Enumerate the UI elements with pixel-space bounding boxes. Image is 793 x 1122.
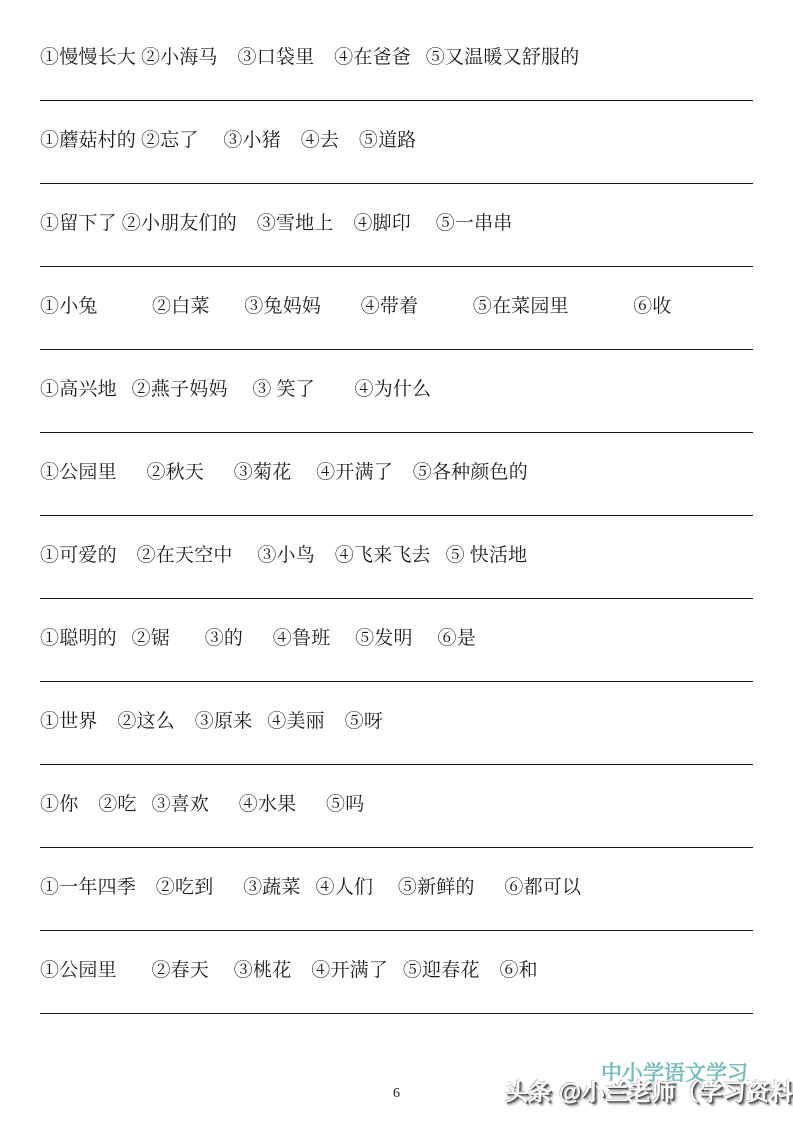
exercise-row: ①聪明的 ②锯 ③的 ④鲁班 ⑤发明 ⑥是 — [40, 627, 753, 682]
exercise-row: ①公园里 ②春天 ③桃花 ④开满了 ⑤迎春花 ⑥和 — [40, 959, 753, 1014]
answer-line — [40, 432, 753, 433]
answer-line — [40, 1013, 753, 1014]
word-group: ①慢慢长大 ②小海马 ③口袋里 ④在爸爸 ⑤又温暖又舒服的 — [40, 46, 753, 69]
exercise-row: ①小兔 ②白菜 ③兔妈妈 ④带着 ⑤在菜园里 ⑥收 — [40, 295, 753, 350]
word-group: ①世界 ②这么 ③原来 ④美丽 ⑤呀 — [40, 710, 753, 733]
exercise-row: ①世界 ②这么 ③原来 ④美丽 ⑤呀 — [40, 710, 753, 765]
answer-line — [40, 515, 753, 516]
word-group: ①你 ②吃 ③喜欢 ④水果 ⑤吗 — [40, 793, 753, 816]
word-group: ①小兔 ②白菜 ③兔妈妈 ④带着 ⑤在菜园里 ⑥收 — [40, 295, 753, 318]
exercise-row: ①慢慢长大 ②小海马 ③口袋里 ④在爸爸 ⑤又温暖又舒服的 — [40, 46, 753, 101]
exercise-row: ①公园里 ②秋天 ③菊花 ④开满了 ⑤各种颜色的 — [40, 461, 753, 516]
word-group: ①一年四季 ②吃到 ③蔬菜 ④人们 ⑤新鲜的 ⑥都可以 — [40, 876, 753, 899]
answer-line — [40, 930, 753, 931]
exercise-row: ①蘑菇村的 ②忘了 ③小猪 ④去 ⑤道路 — [40, 129, 753, 184]
answer-line — [40, 764, 753, 765]
watermark-author-text: 头条 @小兰老师（学习资料） — [505, 1074, 793, 1107]
word-group: ①公园里 ②秋天 ③菊花 ④开满了 ⑤各种颜色的 — [40, 461, 753, 484]
answer-line — [40, 266, 753, 267]
word-group: ①聪明的 ②锯 ③的 ④鲁班 ⑤发明 ⑥是 — [40, 627, 753, 650]
exercise-row: ①一年四季 ②吃到 ③蔬菜 ④人们 ⑤新鲜的 ⑥都可以 — [40, 876, 753, 931]
answer-line — [40, 598, 753, 599]
worksheet-page: { "rows": [ { "text": "①慢慢长大 ②小海马 ③口袋里 ④… — [0, 0, 793, 1122]
word-group: ①留下了 ②小朋友们的 ③雪地上 ④脚印 ⑤一串串 — [40, 212, 753, 235]
exercise-row: ①你 ②吃 ③喜欢 ④水果 ⑤吗 — [40, 793, 753, 848]
exercise-row: ①可爱的 ②在天空中 ③小鸟 ④飞来飞去 ⑤ 快活地 — [40, 544, 753, 599]
word-group: ①高兴地 ②燕子妈妈 ③ 笑了 ④为什么 — [40, 378, 753, 401]
answer-line — [40, 183, 753, 184]
exercise-list: ①慢慢长大 ②小海马 ③口袋里 ④在爸爸 ⑤又温暖又舒服的 ①蘑菇村的 ②忘了 … — [40, 46, 753, 1042]
answer-line — [40, 349, 753, 350]
word-group: ①可爱的 ②在天空中 ③小鸟 ④飞来飞去 ⑤ 快活地 — [40, 544, 753, 567]
exercise-row: ①留下了 ②小朋友们的 ③雪地上 ④脚印 ⑤一串串 — [40, 212, 753, 267]
answer-line — [40, 847, 753, 848]
word-group: ①蘑菇村的 ②忘了 ③小猪 ④去 ⑤道路 — [40, 129, 753, 152]
word-group: ①公园里 ②春天 ③桃花 ④开满了 ⑤迎春花 ⑥和 — [40, 959, 753, 982]
answer-line — [40, 681, 753, 682]
answer-line — [40, 100, 753, 101]
exercise-row: ①高兴地 ②燕子妈妈 ③ 笑了 ④为什么 — [40, 378, 753, 433]
